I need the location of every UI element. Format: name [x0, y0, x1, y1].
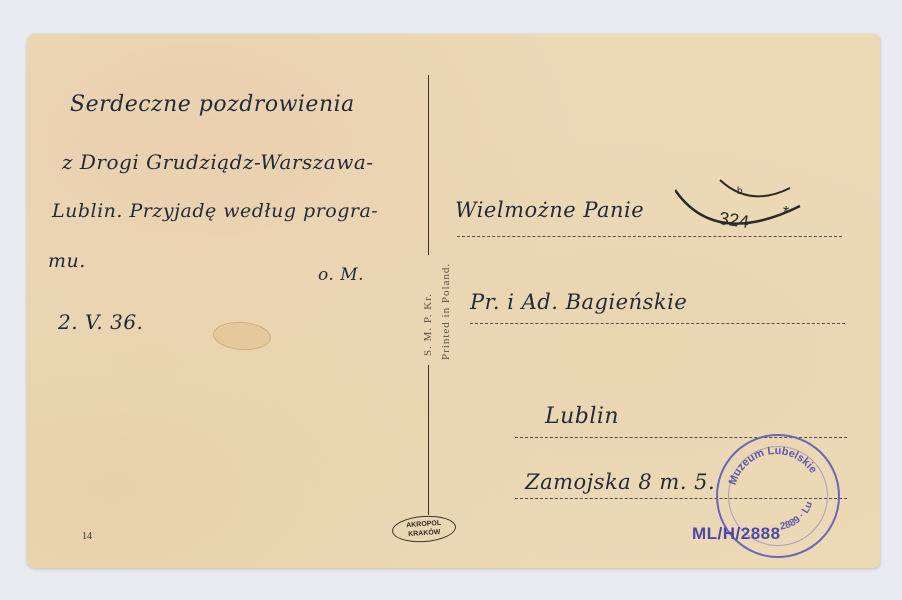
message-signature: o. M. — [318, 265, 364, 285]
message-line-4: mu. — [48, 250, 86, 272]
message-date: 2. V. 36. — [58, 310, 143, 334]
address-line-1: Wielmożne Panie — [455, 198, 644, 222]
message-line-2: z Drogi Grudziądz-Warszawa- — [62, 150, 374, 174]
address-dotted-line-2 — [470, 323, 845, 324]
postmark-letter: b — [737, 186, 743, 197]
address-line-4: Zamojska 8 m. 5. — [525, 470, 715, 494]
postmark-star: * — [783, 204, 789, 222]
postmark: b 324 * — [675, 168, 805, 248]
svg-text:Muzeum Lubelskie: Muzeum Lubelskie — [727, 445, 819, 487]
message-line-1: Serdeczne pozdrowienia — [70, 92, 355, 117]
address-line-3: Lublin — [545, 404, 619, 429]
inventory-number: ML/H/2888 — [692, 524, 781, 544]
address-line-2: Pr. i Ad. Bagieńskie — [470, 290, 687, 314]
center-divider-top — [428, 75, 429, 255]
water-stain — [212, 320, 272, 352]
page-number: 14 — [82, 531, 92, 542]
center-divider-bottom — [428, 365, 429, 515]
printed-publisher-code: S. M. P. Kr. — [422, 293, 434, 356]
message-line-3: Lublin. Przyjadę według progra- — [52, 200, 378, 222]
printed-in-poland: Printed in Poland. — [440, 263, 452, 360]
postmark-number: 324 — [718, 208, 751, 233]
